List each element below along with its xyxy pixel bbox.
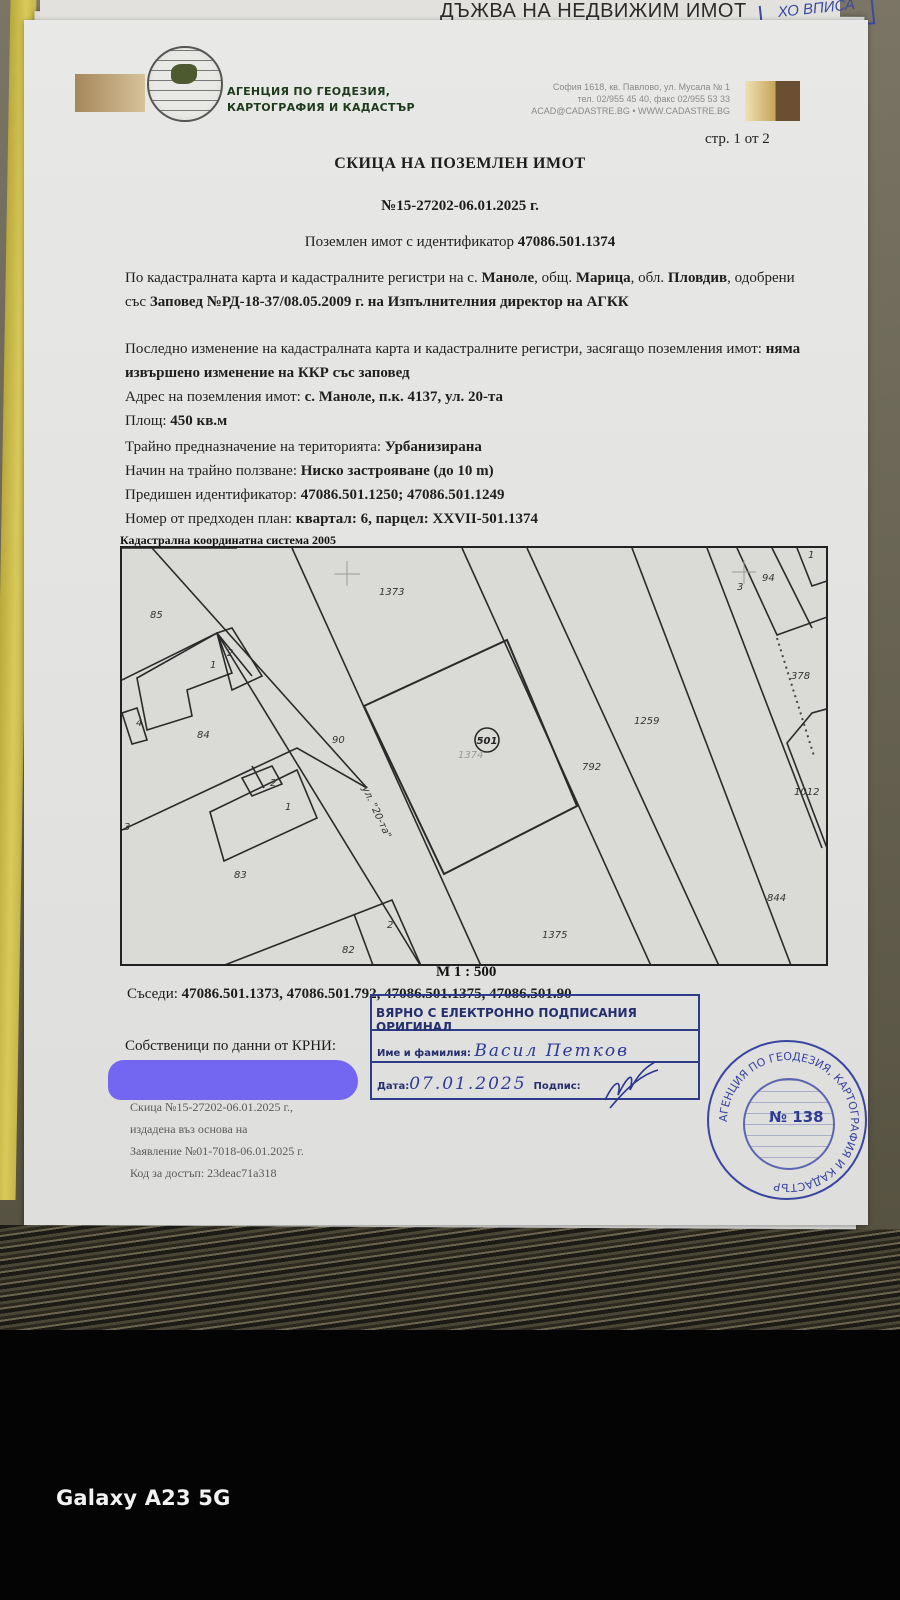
cadastral-map: 1373 85 84 90 83 82 1375 792 1259 94 378… [120,546,828,966]
footer-sketch-number: Скица №15-27202-06.01.2025 г., [130,1100,293,1115]
stamp-number: № 138 [769,1108,824,1126]
field-previous-plan: Номер от предходен план: квартал: 6, пар… [125,507,815,531]
svg-text:1012: 1012 [794,787,819,798]
svg-text:1: 1 [285,802,291,813]
agency-header: АГЕНЦИЯ ПО ГЕОДЕЗИЯ, КАРТОГРАФИЯ И КАДАС… [75,46,805,126]
owners-redaction [108,1060,358,1100]
field-previous-id: Предишен идентификатор: 47086.501.1250; … [125,483,815,507]
svg-text:1373: 1373 [379,587,404,598]
field-purpose: Трайно предназначение на територията: Ур… [125,435,815,459]
field-area: Площ: 450 кв.м [125,409,815,433]
globe-bulgaria-icon [147,46,223,122]
svg-text:1: 1 [210,660,216,671]
page-number: стр. 1 от 2 [705,131,770,148]
svg-text:1: 1 [808,550,814,561]
stamp-heading: ВЯРНО С ЕЛЕКТРОННО ПОДПИСАНИЯ ОРИГИНАЛ [372,996,698,1031]
svg-text:90: 90 [332,735,345,746]
svg-text:3: 3 [737,582,743,593]
svg-text:2: 2 [387,920,393,931]
agency-round-stamp: АГЕНЦИЯ ПО ГЕОДЕЗИЯ, КАРТОГРАФИЯ И КАДАС… [707,1040,867,1200]
svg-text:501: 501 [477,736,498,747]
stamp-name-row: Име и фамилия: Васил Петков [372,1031,698,1063]
signature-icon [600,1060,660,1110]
svg-text:1259: 1259 [634,716,659,727]
dark-area [0,1330,900,1600]
footer-application: Заявление №01-7018-06.01.2025 г. [130,1144,304,1159]
svg-text:83: 83 [234,870,247,881]
owners-label: Собственици по данни от КРНИ: [125,1038,336,1055]
map-drawing: 1373 85 84 90 83 82 1375 792 1259 94 378… [122,548,828,966]
stamp-date-handwritten: 07.01.2025 [409,1074,526,1094]
footer-access-code: Код за достъп: 23deac71a318 [130,1166,276,1181]
svg-text:94: 94 [762,573,775,584]
svg-text:84: 84 [197,730,210,741]
register-paragraph: По кадастралната карта и кадастралните р… [125,266,815,314]
svg-text:3: 3 [124,822,130,833]
agency-name: АГЕНЦИЯ ПО ГЕОДЕЗИЯ, КАРТОГРАФИЯ И КАДАС… [227,84,415,116]
svg-text:2: 2 [227,648,233,659]
svg-text:844: 844 [767,893,786,904]
field-address: Адрес на поземления имот: с. Маноле, п.к… [125,385,815,409]
agency-contact: София 1618, кв. Павлово, ул. Мусала № 1 … [510,81,730,117]
document-title: СКИЦА НА ПОЗЕМЛЕН ИМОТ [110,155,810,173]
header-bar-right [745,81,800,121]
wooden-surface [0,1225,900,1340]
last-change-paragraph: Последно изменение на кадастралната карт… [125,337,815,385]
header-bar-left [75,74,145,112]
device-watermark: Galaxy A23 5G [56,1486,231,1510]
parcel-identifier: Поземлен имот с идентификатор 47086.501.… [110,234,810,251]
svg-text:1375: 1375 [542,930,567,941]
svg-text:1374: 1374 [458,750,483,761]
svg-text:4: 4 [136,718,142,729]
footer-issued-on-basis: издадена въз основа на [130,1122,248,1137]
svg-text:792: 792 [582,762,601,773]
svg-text:378: 378 [791,671,810,682]
svg-text:2: 2 [270,778,276,789]
map-scale: М 1 : 500 [436,964,496,981]
svg-text:82: 82 [342,945,355,956]
svg-text:85: 85 [150,610,163,621]
field-usage: Начин на трайно ползване: Ниско застрояв… [125,459,815,483]
document-number: №15-27202-06.01.2025 г. [110,198,810,215]
svg-text:ул. "20-та": ул. "20-та" [359,784,393,840]
stamp-name-handwritten: Васил Петков [474,1041,629,1061]
